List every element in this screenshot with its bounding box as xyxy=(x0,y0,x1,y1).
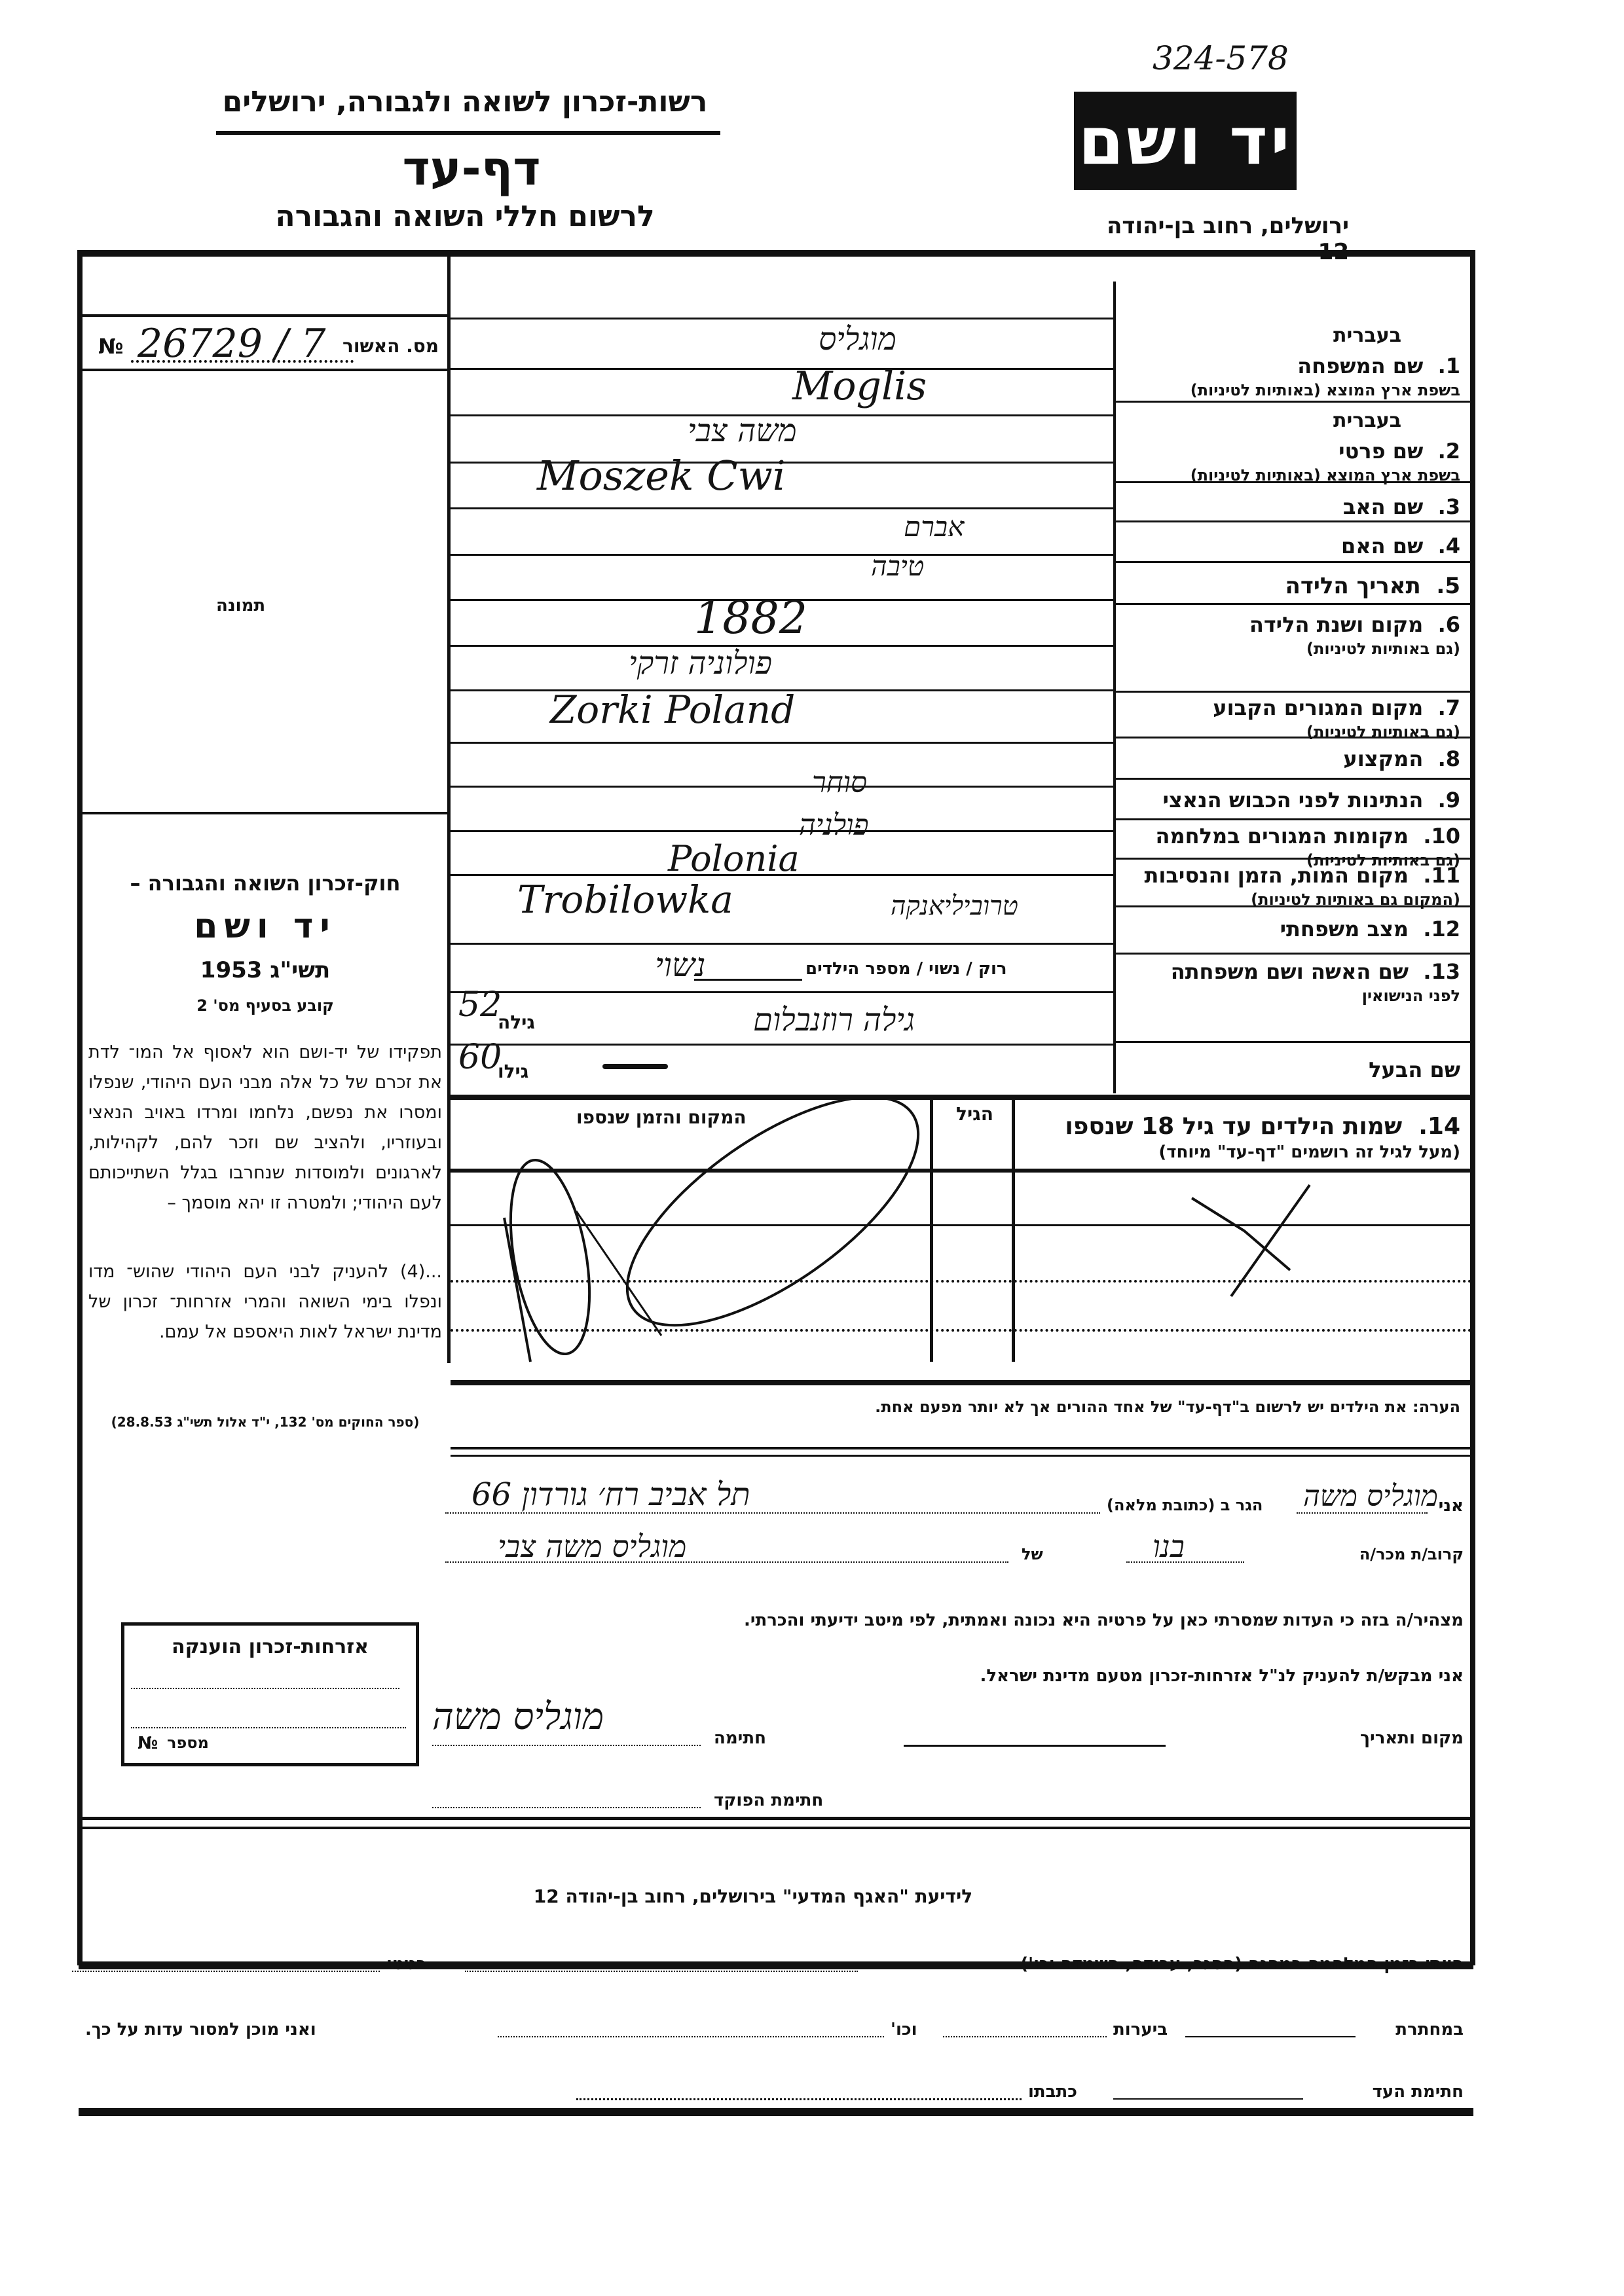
field-7-text: מקום המגורים הקבוע xyxy=(1213,695,1423,720)
field-8-text: המקצוע xyxy=(1343,746,1423,771)
field-6-value-he: פולוניה זרקי xyxy=(629,645,772,682)
citizenship-line-1 xyxy=(131,1688,399,1689)
field-9-text: הנתינות לפני הכבוש הנאצי xyxy=(1162,788,1423,812)
field-6-text: מקום ושנת הלידה xyxy=(1249,612,1423,637)
field-13-num: 13. xyxy=(1423,959,1460,984)
field-10-num: 10. xyxy=(1423,824,1460,848)
row-divider xyxy=(1115,401,1470,403)
field-9-value: פולניה xyxy=(799,809,869,842)
field-11-value-he: טרוביליאנקה xyxy=(891,890,1018,921)
law-title: חוק-זכרון השואה והגבורה – xyxy=(92,871,439,896)
field-7-num: 7. xyxy=(1438,695,1460,720)
citizenship-box: אזרחות-זכרון הוענקה № מספר xyxy=(121,1622,419,1766)
address: ירושלים, רחוב בן-יהודה 12 xyxy=(1074,213,1349,265)
law-text-2: ...(4) להעניק לבני העם היהודי שהוש־ מדו … xyxy=(88,1257,442,1347)
declaration-top-2 xyxy=(451,1455,1472,1457)
field-4-value: טיבה xyxy=(871,550,924,583)
field-5-label: 5. תאריך הלידה xyxy=(1285,573,1460,599)
footer-etc-blank xyxy=(498,2036,884,2037)
org-title: רשות-זכרון לשואה ולגבורה, ירושלים xyxy=(210,85,720,118)
footer-top-1 xyxy=(79,1817,1473,1820)
place-date-line xyxy=(904,1745,1166,1747)
field-11-text: מקום המות, הזמן והנסיבות xyxy=(1145,863,1409,888)
ani-value: מוגליס משה xyxy=(1303,1480,1438,1513)
law-section: קובע בסעיף מס' 2 xyxy=(92,996,439,1015)
relation-line xyxy=(1126,1561,1244,1563)
approval-label: מס. האשור xyxy=(342,335,439,357)
address-label: הגר ב (כתובת מלאה) xyxy=(1107,1496,1263,1514)
field-1-num: 1. xyxy=(1438,354,1460,378)
footer-line-2-start: במחתרת xyxy=(1395,2020,1464,2039)
field-11-num: 11. xyxy=(1423,863,1460,888)
footer-line-3-end: כתבתו xyxy=(1028,2082,1077,2102)
field-12-value: נשוי xyxy=(655,946,706,984)
approval-line xyxy=(131,360,354,363)
field-12-num: 12. xyxy=(1423,917,1460,941)
address-value: תל אביב רח׳ גורדון 66 xyxy=(471,1476,750,1513)
field-11-value-latin: Trobilowka xyxy=(517,877,733,922)
form-title: דף-עד xyxy=(308,141,635,196)
note-top xyxy=(451,1380,1472,1385)
place-date-label: מקום ותאריך xyxy=(1360,1728,1464,1748)
field-1-value-latin: Moglis xyxy=(792,363,927,409)
field-13-label: 13. שם האשה ושם משפחתה לפני הנישואין xyxy=(1171,959,1460,1005)
field-4-label: 4. שם האם xyxy=(1341,534,1460,558)
field-1-sub: בשפת ארץ המוצא (באותיות לטיניות) xyxy=(1190,381,1460,399)
value-divider xyxy=(451,742,1113,744)
footer-line-1-end: בגיטו xyxy=(386,1954,427,1974)
field-2-lang-note: בעברית xyxy=(1333,409,1401,432)
field-10-value: Polonia xyxy=(668,838,800,879)
footer-line-2-end: ואני מוכן למסור עדות על כך. xyxy=(85,2020,316,2039)
archive-number: 324-578 xyxy=(1153,39,1289,77)
note-text: הערה: את הילדים יש לרשום ב"דף-עד" של אחד… xyxy=(875,1398,1460,1416)
row-divider xyxy=(1115,603,1470,605)
field-3-text: שם האב xyxy=(1343,494,1423,519)
wife-name-value: גילה רוזנבלום xyxy=(753,1002,915,1038)
field-1-text: שם המשפחה xyxy=(1297,354,1423,378)
field-5-text: תאריך הלידה xyxy=(1285,573,1420,599)
footer-line-2-mid1: ביערות xyxy=(1113,2020,1168,2039)
value-divider xyxy=(451,786,1113,788)
field-2-label: 2. שם פרטי בשפת ארץ המוצא (באותיות לטיני… xyxy=(1190,439,1460,484)
statement-1: מצהיר/ה בזה כי העדות שמסרתי כאן על פרטיה… xyxy=(744,1611,1464,1630)
footer-forest-blank xyxy=(943,2036,1107,2037)
left-panel-top xyxy=(82,314,449,317)
row-divider xyxy=(1115,953,1470,955)
footer-bottom xyxy=(79,2108,1473,2116)
header-divider xyxy=(216,131,720,135)
declaration-top-1 xyxy=(451,1447,1472,1449)
value-divider xyxy=(451,874,1113,876)
value-divider xyxy=(451,991,1113,993)
law-text-1: תפקידו של יד-ושם הוא לאסוף אל המו־ לדת א… xyxy=(88,1038,442,1218)
footer-address-blank xyxy=(576,2098,1022,2100)
value-divider xyxy=(451,318,1113,319)
field-3-label: 3. שם האב xyxy=(1343,494,1460,519)
field-13-text: שם האשה ושם משפחתה xyxy=(1171,959,1409,984)
children-top xyxy=(451,1095,1472,1100)
field-8-value: סוחר xyxy=(812,766,867,799)
law-name: יד ושם xyxy=(92,907,439,946)
field-8-num: 8. xyxy=(1438,746,1460,771)
field-3-value: אברם xyxy=(904,511,964,543)
field-7-label: 7. מקום המגורים הקבוע (גם באותיות לטיניו… xyxy=(1213,695,1460,741)
ani-label: אני xyxy=(1439,1496,1464,1516)
law-citation: (ספר החוקים מס' 132, י"ד אלול תשי"ג 28.8… xyxy=(82,1414,449,1430)
footer-line-2-mid2: וכו' xyxy=(891,2020,917,2039)
row-divider xyxy=(1115,481,1470,483)
wife-name-underline xyxy=(602,1064,668,1069)
field-4-num: 4. xyxy=(1438,534,1460,558)
field-13-sub: לפני הנישואין xyxy=(1171,987,1460,1005)
value-divider xyxy=(451,368,1113,370)
husband-label: שם הבעל xyxy=(1369,1057,1460,1082)
husband-age-value: 60 xyxy=(458,1038,502,1077)
wife-age-value: 52 xyxy=(458,985,502,1025)
value-divider xyxy=(451,830,1113,832)
row-divider xyxy=(1115,1041,1470,1043)
row-divider xyxy=(1115,561,1470,563)
husband-age-label: גילו xyxy=(498,1061,528,1082)
footer-ghetto-blank xyxy=(72,1971,380,1972)
field-2-value-he: משה צבי xyxy=(688,412,797,449)
approval-number-row: № 26729 / 7 מס. האשור xyxy=(92,321,445,367)
field-6-label: 6. מקום ושנת הלידה (גם באותיות לטיניות) xyxy=(1249,612,1460,658)
value-divider xyxy=(451,645,1113,647)
row-divider xyxy=(1115,858,1470,860)
relation-value: בנו xyxy=(1153,1529,1185,1564)
approval-divider xyxy=(82,369,449,371)
of-label: של xyxy=(1022,1545,1043,1563)
field-2-value-latin: Moszek Cwi xyxy=(537,452,786,500)
row-divider xyxy=(1115,737,1470,738)
signature-value: מוגליס משה xyxy=(432,1696,604,1738)
value-divider xyxy=(451,1044,1113,1046)
label-column-divider xyxy=(1113,282,1116,1093)
field-3-num: 3. xyxy=(1438,494,1460,519)
signature-line xyxy=(432,1745,701,1746)
form-subtitle: לרשום חללי השואה והגבורה xyxy=(236,200,694,233)
signature-label: חתימה xyxy=(714,1728,766,1748)
photo-label: תמונה xyxy=(216,596,265,615)
field-2-num: 2. xyxy=(1438,439,1460,464)
law-box-top xyxy=(82,812,449,814)
official-signature-line xyxy=(432,1807,701,1808)
field-6-value-latin: Zorki Poland xyxy=(550,687,795,732)
footer-line-1: הייתי בזמן המלחמה במחנה (הסגר, עבודה, הש… xyxy=(1020,1954,1464,1974)
approval-no-symbol: № xyxy=(98,334,124,359)
marital-value-line xyxy=(694,979,802,981)
frame-left xyxy=(77,250,83,1965)
value-divider xyxy=(451,943,1113,945)
footer-line-3-start: חתימת העד xyxy=(1373,2082,1464,2102)
law-year: תשי"ג 1953 xyxy=(92,957,439,983)
field-8-label: 8. המקצוע xyxy=(1343,746,1460,771)
row-divider xyxy=(1115,691,1470,693)
field-11-label: 11. מקום המות, הזמן והנסיבות (המקום גם ב… xyxy=(1145,863,1460,909)
official-signature-label: חתימת הפוקד xyxy=(714,1791,823,1810)
cross-out-marks xyxy=(445,1100,1493,1375)
footer-witness-blank xyxy=(1113,2098,1303,2100)
citizenship-line-2 xyxy=(131,1727,406,1728)
row-divider xyxy=(1115,818,1470,820)
statement-2: אני מבקש/ת להעניק לנ"ל אזרחות-זכרון מטעם… xyxy=(980,1666,1464,1686)
of-value: מוגליס משה צבי xyxy=(498,1529,686,1564)
citizenship-number-label: מספר xyxy=(167,1734,209,1752)
wife-age-label: גילה xyxy=(498,1011,535,1033)
yad-vashem-logo: יד ושם xyxy=(1074,92,1297,190)
field-12-text: מצב משפחתי xyxy=(1280,917,1409,941)
value-divider xyxy=(451,507,1113,509)
field-2-text: שם פרטי xyxy=(1338,439,1423,464)
field-1-label: 1. שם המשפחה בשפת ארץ המוצא (באותיות לטי… xyxy=(1190,354,1460,399)
value-divider xyxy=(451,554,1113,556)
field-9-num: 9. xyxy=(1438,788,1460,812)
field-1-value-he: מוגליס xyxy=(819,321,896,357)
citizenship-no-symbol: № xyxy=(138,1734,158,1753)
citizenship-title: אזרחות-זכרון הוענקה xyxy=(124,1635,416,1658)
field-1-lang-note: בעברית xyxy=(1333,324,1401,347)
field-9-label: 9. הנתינות לפני הכבוש הנאצי xyxy=(1162,788,1460,812)
field-4-text: שם האם xyxy=(1341,534,1423,558)
field-5-num: 5. xyxy=(1436,573,1460,599)
footer-underground-blank xyxy=(1185,2036,1356,2037)
footer-title: לידיעת "האגף המדעי" בירושלים, רחוב בן-יה… xyxy=(426,1886,1080,1907)
field-5-value: 1882 xyxy=(694,592,807,644)
field-10-text: מקומות המגורים במלחמה xyxy=(1156,824,1409,848)
logo-text: יד ושם xyxy=(1079,103,1293,179)
row-divider xyxy=(1115,905,1470,907)
field-6-num: 6. xyxy=(1438,612,1460,637)
field-12-label: 12. מצב משפחתי xyxy=(1280,917,1460,941)
frame-top xyxy=(79,250,1473,257)
relation-label: קרוב/ת מכר/ה xyxy=(1359,1545,1464,1563)
row-divider xyxy=(1115,778,1470,780)
footer-top-2 xyxy=(79,1827,1473,1829)
footer-line-1-blank xyxy=(465,1971,858,1972)
marital-inline-label: רוק / נשוי / מספר הילדים xyxy=(805,959,1007,979)
field-6-sub: (גם באותיות לטיניות) xyxy=(1249,640,1460,658)
row-divider xyxy=(1115,520,1470,522)
